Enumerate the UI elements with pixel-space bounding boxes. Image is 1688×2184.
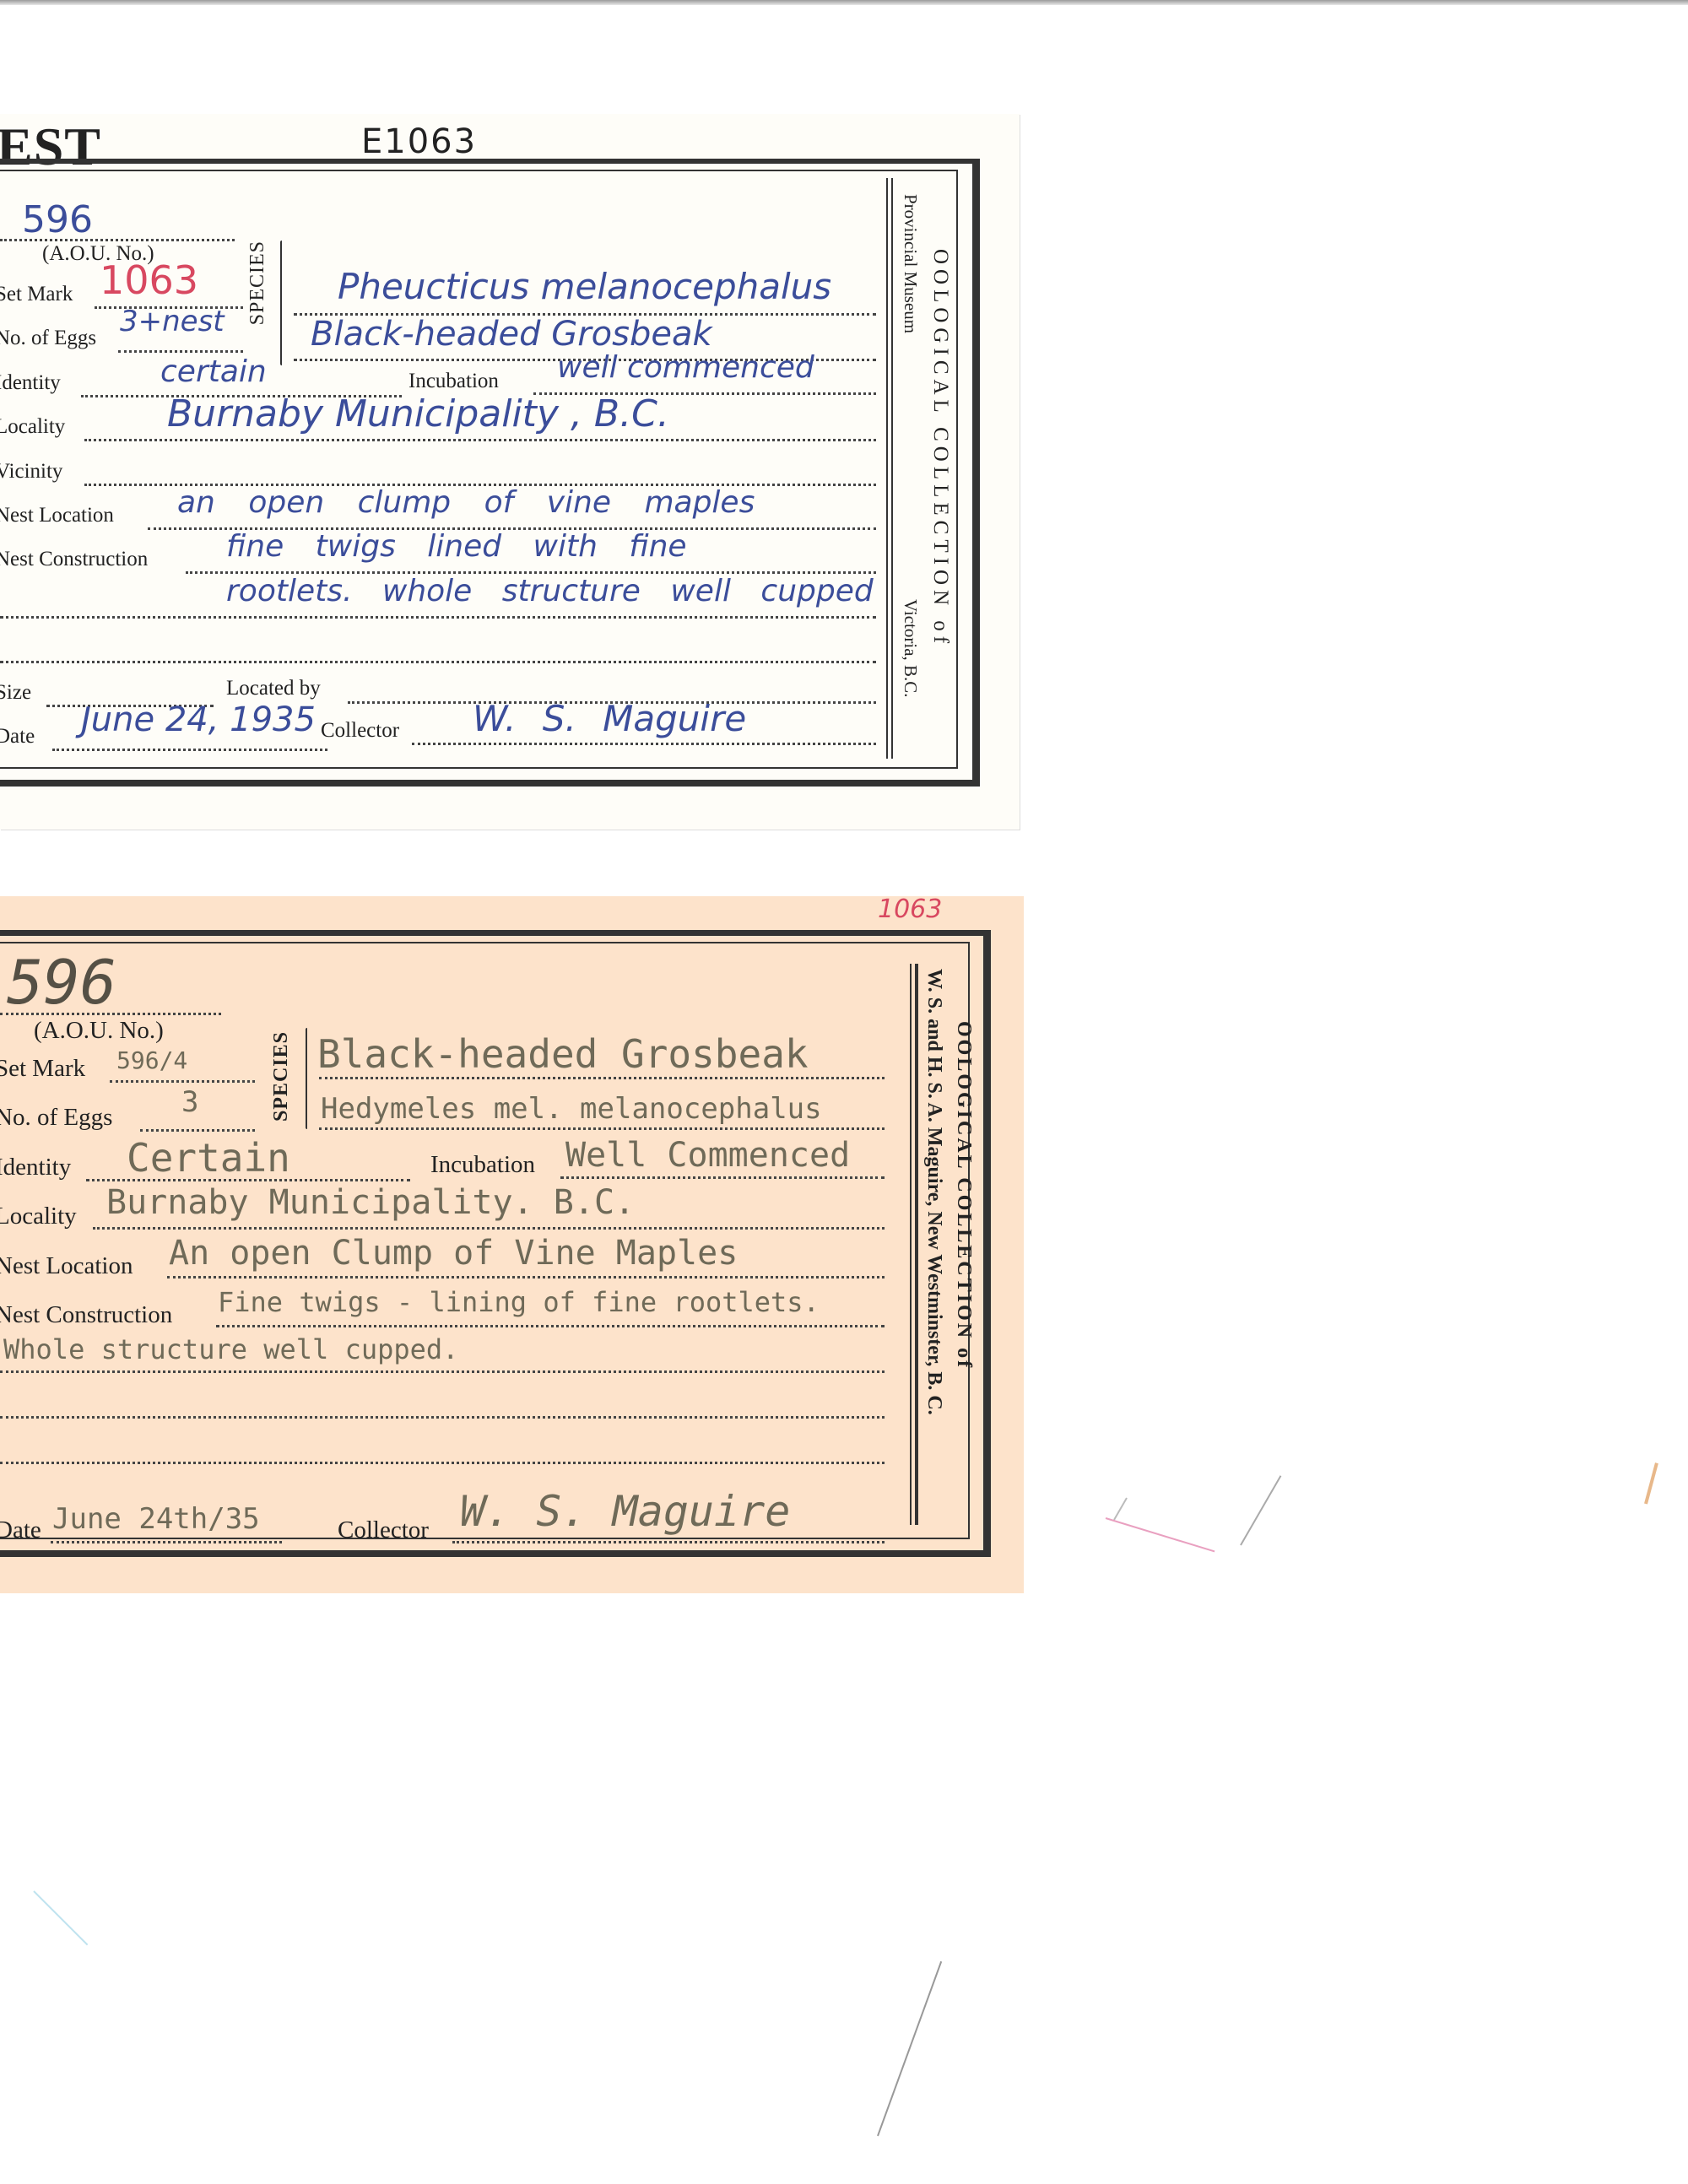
locality-label: Locality	[0, 415, 65, 439]
eggs-label: No. of Eggs	[0, 327, 96, 350]
eggs-line	[140, 1129, 255, 1132]
date-value[interactable]: June 24th/35	[52, 1502, 260, 1536]
nest-construction-value[interactable]: fine twigs lined with fine	[226, 529, 687, 564]
side-title: OOLOGICAL COLLECTION of	[952, 1021, 975, 1370]
locality-label: Locality	[0, 1203, 77, 1230]
eggs-value[interactable]: 3+nest	[120, 305, 225, 338]
eggs-line	[118, 350, 243, 353]
side-rule	[910, 964, 918, 1525]
eggs-value[interactable]: 3	[181, 1085, 198, 1119]
species-brace	[280, 241, 282, 365]
side-location: Victoria, B.C.	[900, 599, 921, 698]
stray-pencil-mark	[877, 1961, 942, 2136]
set-mark-label: Set Mark	[0, 283, 73, 306]
located-by-label: Located by	[226, 677, 321, 700]
incubation-value[interactable]: Well Commenced	[565, 1136, 850, 1175]
species-brace	[306, 1028, 307, 1129]
collector-line	[452, 1541, 885, 1543]
collector-value[interactable]: W. S. Maguire	[460, 1487, 790, 1536]
aou-line	[0, 239, 235, 241]
nest-construction-label: Nest Construction	[0, 1301, 172, 1329]
eggs-label: No. of Eggs	[0, 1104, 112, 1132]
aou-number-value: 596	[7, 947, 116, 1018]
aou-line	[0, 1013, 221, 1015]
nest-construction-value[interactable]: Fine twigs - lining of fine rootlets.	[218, 1286, 820, 1318]
date-value[interactable]: June 24, 1935	[81, 700, 316, 739]
nest-location-value[interactable]: An open Clump of Vine Maples	[169, 1234, 738, 1273]
nest-construction-label: Nest Construction	[0, 548, 148, 571]
incubation-label: Incubation	[430, 1151, 535, 1179]
scan-edge	[0, 0, 1688, 5]
side-museum: Provincial Museum	[900, 194, 921, 333]
side-rule	[886, 178, 893, 759]
species-label: SPECIES	[270, 1031, 293, 1122]
collector-line	[412, 743, 876, 745]
date-label: Date	[0, 1516, 41, 1544]
catalog-number: E1063	[361, 122, 477, 161]
species-line-2	[319, 1127, 885, 1130]
collector-label: Collector	[338, 1516, 429, 1544]
identity-value[interactable]: Certain	[127, 1135, 290, 1181]
corner-number: 1063	[878, 895, 942, 924]
locality-line	[93, 1227, 885, 1230]
nest-location-label: Nest Location	[0, 1252, 133, 1280]
side-title: OOLOGICAL COLLECTION of	[928, 249, 952, 648]
set-mark-value[interactable]: 596/4	[116, 1046, 187, 1074]
date-label: Date	[0, 725, 35, 749]
date-line	[52, 749, 327, 751]
nest-location-label: Nest Location	[0, 504, 114, 527]
nest-location-line	[167, 1276, 885, 1279]
locality-value[interactable]: Burnaby Municipality , B.C.	[167, 392, 669, 435]
collector-label: Collector	[321, 719, 399, 743]
size-label: Size	[0, 681, 31, 705]
date-line	[51, 1541, 282, 1543]
set-mark-value[interactable]: 1063	[100, 257, 198, 303]
vicinity-label: Vicinity	[0, 460, 62, 484]
collector-value[interactable]: W. S. Maguire	[473, 698, 746, 739]
blank-line-1	[0, 1370, 885, 1373]
nest-construction-value-2[interactable]: rootlets. whole structure well cupped	[226, 574, 874, 608]
nest-construction-value-2[interactable]: Whole structure well cupped.	[3, 1333, 458, 1365]
stray-orange-mark	[1644, 1462, 1658, 1504]
blank-line-2	[0, 661, 876, 663]
blank-line-3	[0, 1462, 885, 1464]
private-collection-card: 1063 OOLOGICAL COLLECTION of W. S. and H…	[0, 896, 1024, 1593]
species-common-value[interactable]: Black-headed Grosbeak	[311, 315, 712, 354]
incubation-line	[560, 1176, 885, 1179]
locality-line	[84, 439, 876, 441]
identity-label: Identity	[0, 371, 61, 395]
blank-line-2	[0, 1416, 885, 1419]
species-line-1	[319, 1077, 885, 1079]
incubation-label: Incubation	[408, 370, 499, 393]
aou-number-value: 596	[22, 198, 93, 241]
side-subtitle: W. S. and H. S. A. Maguire, New Westmins…	[922, 969, 945, 1415]
nest-construction-line	[216, 1325, 885, 1327]
set-mark-line	[110, 1080, 255, 1083]
identity-label: Identity	[0, 1154, 71, 1181]
museum-data-card: EST E1063 OOLOGICAL COLLECTION of Provin…	[0, 114, 1020, 830]
stray-pencil-mark	[1240, 1475, 1281, 1545]
stray-blue-mark	[33, 1890, 88, 1945]
set-mark-label: Set Mark	[0, 1055, 85, 1083]
species-common-value[interactable]: Black-headed Grosbeak	[317, 1031, 809, 1077]
species-scientific-value[interactable]: Hedymeles mel. melanocephalus	[321, 1092, 822, 1126]
stray-pencil-mark	[1113, 1498, 1128, 1521]
species-label: SPECIES	[246, 241, 269, 325]
aou-label: (A.O.U. No.)	[34, 1017, 164, 1045]
locality-value[interactable]: Burnaby Municipality. B.C.	[106, 1183, 635, 1222]
identity-value[interactable]: certain	[160, 354, 267, 389]
stray-red-mark	[1106, 1517, 1215, 1552]
blank-line-1	[0, 616, 876, 619]
nest-location-value[interactable]: an open clump of vine maples	[177, 485, 755, 520]
incubation-value[interactable]: well commenced	[557, 350, 814, 385]
species-scientific-value[interactable]: Pheucticus melanocephalus	[338, 266, 831, 307]
